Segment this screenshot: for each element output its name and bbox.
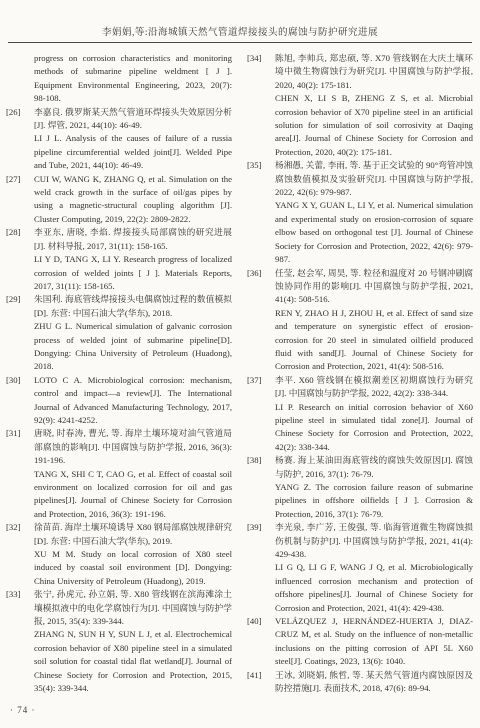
reference-entry: [28] 李亚东, 唐晓, 李焰. 焊接接头局部腐蚀的研究进展[J]. 材料导报… (6, 226, 232, 293)
reference-entry: [34] 陈旭, 李帅兵, 郑忠硕, 等. X70 管线钢在大庆土壤环境中微生物… (247, 52, 473, 159)
reference-number: [31] (6, 427, 34, 440)
page-number: · 74 · (10, 705, 36, 715)
reference-text-en: LI G Q, LI G F, WANG J Q, et al. Microbi… (275, 561, 473, 615)
reference-body: 陈旭, 李帅兵, 郑忠硕, 等. X70 管线钢在大庆土壤环境中微生物腐蚀行为研… (275, 52, 473, 159)
reference-text-zh: 李嘉良. 俄罗斯某天然气管道环焊接头失效原因分析[J]. 焊管, 2021, 4… (34, 106, 232, 133)
reference-entry: [32] 徐苗苗. 海岸土壤环境诱导 X80 钢局部腐蚀规律研究[D]. 东营:… (6, 521, 232, 588)
reference-entry: progress on corrosion characteristics an… (6, 52, 232, 106)
references-left-column: progress on corrosion characteristics an… (6, 52, 232, 696)
reference-body: 李嘉良. 俄罗斯某天然气管道环焊接头失效原因分析[J]. 焊管, 2021, 4… (34, 106, 232, 173)
reference-body: 李亚东, 唐晓, 李焰. 焊接接头局部腐蚀的研究进展[J]. 材料导报, 201… (34, 226, 232, 293)
running-title: 李娟娟,等:沿海城镇天然气管道焊接接头的腐蚀与防护研究进展 (0, 24, 480, 38)
reference-entry: [27] CUI W, WANG K, ZHANG Q, et al. Simu… (6, 173, 232, 227)
reference-number: [29] (6, 293, 34, 306)
reference-body: VELÁZQUEZ J, HERNÁNDEZ-HUERTA J, DIAZ-CR… (275, 615, 473, 669)
reference-number: [41] (247, 669, 275, 682)
reference-text-zh: 李亚东, 唐晓, 李焰. 焊接接头局部腐蚀的研究进展[J]. 材料导报, 201… (34, 226, 232, 253)
reference-text-en: LOTO C A. Microbiological corrosion: mec… (34, 374, 232, 428)
reference-number: [37] (247, 374, 275, 387)
reference-entry: [39] 李光泉, 李广芳, 王俊强, 等. 临海管道微生物腐蚀损伤机制与防护[… (247, 521, 473, 615)
reference-text-zh: 唐晓, 时春涛, 曹光, 等. 海岸土壤环境对油气管道局部腐蚀的影响[J]. 中… (34, 427, 232, 467)
reference-body: 李平. X60 管线钢在模拟潮差区初期腐蚀行为研究[J]. 中国腐蚀与防护学报,… (275, 374, 473, 454)
reference-number: [40] (247, 615, 275, 628)
reference-body: 任莹, 赵会军, 周昊, 等. 粒径和温度对 20 号钢冲刷腐蚀协同作用的影响[… (275, 267, 473, 374)
reference-entry: [38] 杨赛. 海上某油田海底管线的腐蚀失效原因[J]. 腐蚀与防护, 201… (247, 454, 473, 521)
reference-text-zh: 王冰, 刘晓娟, 熊哲, 等. 某天然气管道内腐蚀原因及防控措施[J]. 表面技… (275, 669, 473, 696)
reference-text-zh: 任莹, 赵会军, 周昊, 等. 粒径和温度对 20 号钢冲刷腐蚀协同作用的影响[… (275, 267, 473, 307)
reference-entry: [30] LOTO C A. Microbiological corrosion… (6, 374, 232, 428)
reference-text-en: CHEN X, LI S B, ZHENG Z S, et al. Microb… (275, 92, 473, 159)
reference-entry: [26] 李嘉良. 俄罗斯某天然气管道环焊接头失效原因分析[J]. 焊管, 20… (6, 106, 232, 173)
reference-text-en: LI Y D, TANG X, LI Y. Research progress … (34, 253, 232, 293)
reference-text-en: ZHU G L. Numerical simulation of galvani… (34, 320, 232, 374)
reference-entry: [41] 王冰, 刘晓娟, 熊哲, 等. 某天然气管道内腐蚀原因及防控措施[J]… (247, 669, 473, 696)
reference-text-zh: 杨赛. 海上某油田海底管线的腐蚀失效原因[J]. 腐蚀与防护, 2016, 37… (275, 454, 473, 481)
reference-entry: [33] 张宁, 孙虎元, 孙立娟, 等. X80 管线钢在滨海滩涂土壤模拟液中… (6, 588, 232, 695)
reference-body: 杨赛. 海上某油田海底管线的腐蚀失效原因[J]. 腐蚀与防护, 2016, 37… (275, 454, 473, 521)
reference-body: 王冰, 刘晓娟, 熊哲, 等. 某天然气管道内腐蚀原因及防控措施[J]. 表面技… (275, 669, 473, 696)
reference-text-en: XU M M. Study on local corrosion of X80 … (34, 548, 232, 588)
reference-number: [26] (6, 106, 34, 119)
reference-text-en: YANG X Y, GUAN L, LI Y, et al. Numerical… (275, 199, 473, 266)
references-right-column: [34] 陈旭, 李帅兵, 郑忠硕, 等. X70 管线钢在大庆土壤环境中微生物… (247, 52, 473, 696)
reference-body: 杨湘愚, 关蕾, 李雨, 等. 基于正交试验的 90°弯管冲蚀腐蚀数值模拟及实验… (275, 159, 473, 266)
reference-text-zh: 李光泉, 李广芳, 王俊强, 等. 临海管道微生物腐蚀损伤机制与防护[J]. 中… (275, 521, 473, 561)
reference-text-en: LI P. Research on initial corrosion beha… (275, 401, 473, 455)
reference-body: LOTO C A. Microbiological corrosion: mec… (34, 374, 232, 428)
reference-entry: [40] VELÁZQUEZ J, HERNÁNDEZ-HUERTA J, DI… (247, 615, 473, 669)
reference-text-en: ZHANG N, SUN H Y, SUN L J, et al. Electr… (34, 628, 232, 695)
reference-text-en: progress on corrosion characteristics an… (34, 52, 232, 106)
journal-page: 李娟娟,等:沿海城镇天然气管道焊接接头的腐蚀与防护研究进展 progress o… (0, 0, 480, 728)
reference-entry: [31] 唐晓, 时春涛, 曹光, 等. 海岸土壤环境对油气管道局部腐蚀的影响[… (6, 427, 232, 521)
reference-text-en: CUI W, WANG K, ZHANG Q, et al. Simulatio… (34, 173, 232, 227)
reference-number: [34] (247, 52, 275, 65)
reference-text-en: YANG Z. The corrosion failure reason of … (275, 481, 473, 521)
reference-number: [30] (6, 374, 34, 387)
reference-number: [27] (6, 173, 34, 186)
reference-entry: [29] 朱国利. 海底管线焊接接头电偶腐蚀过程的数值模拟[D]. 东营: 中国… (6, 293, 232, 373)
reference-text-en: LI J L. Analysis of the causes of failur… (34, 132, 232, 172)
reference-number: [28] (6, 226, 34, 239)
reference-number: [35] (247, 159, 275, 172)
reference-text-en: TANG X, SHI C T, CAO G, et al. Effect of… (34, 468, 232, 522)
reference-number: [36] (247, 267, 275, 280)
reference-entry: [35] 杨湘愚, 关蕾, 李雨, 等. 基于正交试验的 90°弯管冲蚀腐蚀数值… (247, 159, 473, 266)
reference-body: CUI W, WANG K, ZHANG Q, et al. Simulatio… (34, 173, 232, 227)
reference-text-en: REN Y, ZHAO H J, ZHOU H, et al. Effect o… (275, 307, 473, 374)
reference-text-zh: 李平. X60 管线钢在模拟潮差区初期腐蚀行为研究[J]. 中国腐蚀与防护学报,… (275, 374, 473, 401)
reference-text-zh: 徐苗苗. 海岸土壤环境诱导 X80 钢局部腐蚀规律研究[D]. 东营: 中国石油… (34, 521, 232, 548)
reference-number: [39] (247, 521, 275, 534)
reference-text-zh: 陈旭, 李帅兵, 郑忠硕, 等. X70 管线钢在大庆土壤环境中微生物腐蚀行为研… (275, 52, 473, 92)
reference-text-zh: 朱国利. 海底管线焊接接头电偶腐蚀过程的数值模拟[D]. 东营: 中国石油大学(… (34, 293, 232, 320)
references-section: progress on corrosion characteristics an… (0, 43, 480, 696)
reference-number: [32] (6, 521, 34, 534)
reference-text-en: VELÁZQUEZ J, HERNÁNDEZ-HUERTA J, DIAZ-CR… (275, 615, 473, 669)
reference-body: 朱国利. 海底管线焊接接头电偶腐蚀过程的数值模拟[D]. 东营: 中国石油大学(… (34, 293, 232, 373)
reference-entry: [36] 任莹, 赵会军, 周昊, 等. 粒径和温度对 20 号钢冲刷腐蚀协同作… (247, 267, 473, 374)
reference-entry: [37] 李平. X60 管线钢在模拟潮差区初期腐蚀行为研究[J]. 中国腐蚀与… (247, 374, 473, 454)
reference-number: [33] (6, 588, 34, 601)
reference-body: 张宁, 孙虎元, 孙立娟, 等. X80 管线钢在滨海滩涂土壤模拟液中的电化学腐… (34, 588, 232, 695)
reference-body: 李光泉, 李广芳, 王俊强, 等. 临海管道微生物腐蚀损伤机制与防护[J]. 中… (275, 521, 473, 615)
reference-text-zh: 张宁, 孙虎元, 孙立娟, 等. X80 管线钢在滨海滩涂土壤模拟液中的电化学腐… (34, 588, 232, 628)
reference-body: 唐晓, 时春涛, 曹光, 等. 海岸土壤环境对油气管道局部腐蚀的影响[J]. 中… (34, 427, 232, 521)
reference-number: [38] (247, 454, 275, 467)
reference-body: 徐苗苗. 海岸土壤环境诱导 X80 钢局部腐蚀规律研究[D]. 东营: 中国石油… (34, 521, 232, 588)
reference-text-zh: 杨湘愚, 关蕾, 李雨, 等. 基于正交试验的 90°弯管冲蚀腐蚀数值模拟及实验… (275, 159, 473, 199)
reference-body: progress on corrosion characteristics an… (34, 52, 232, 106)
